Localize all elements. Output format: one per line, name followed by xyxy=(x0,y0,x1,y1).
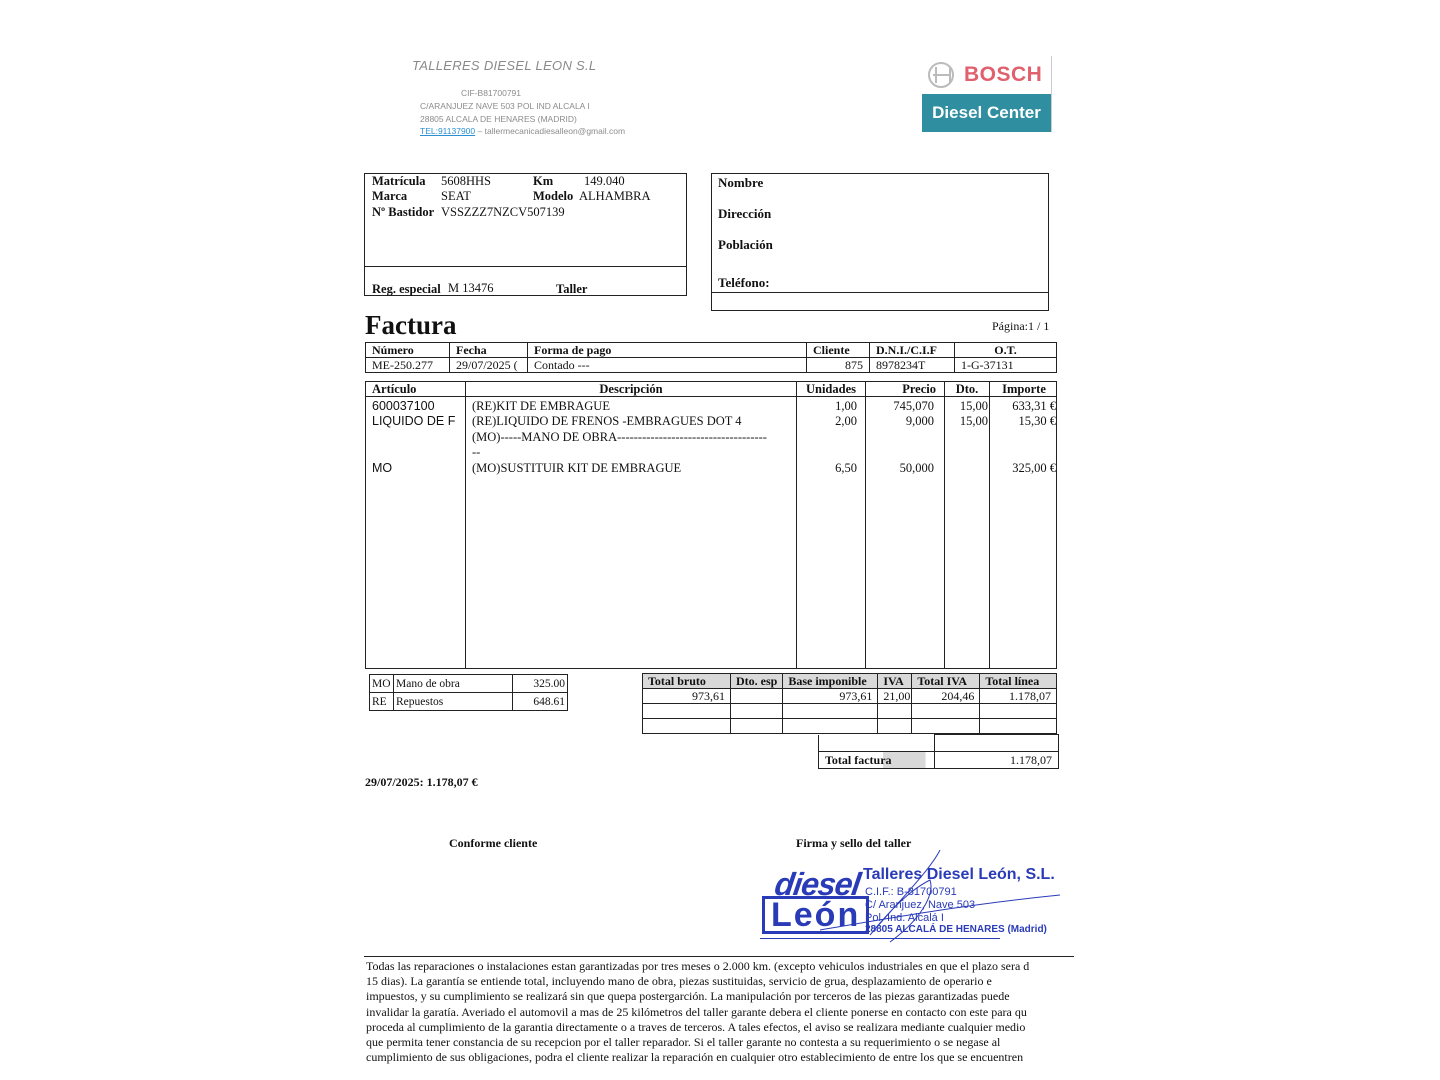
importe: 325,00 € xyxy=(1012,461,1056,476)
handwritten-signature-icon xyxy=(760,850,1080,945)
dto: 15,00 xyxy=(960,414,988,429)
descripcion: (MO)-----MANO DE OBRA-------------------… xyxy=(472,430,767,445)
table-row: 600037100 (RE)KIT DE EMBRAGUE 1,00 745,0… xyxy=(366,399,1056,414)
vehicle-info-box: Matrícula 5608HHS Km 149.040 Marca SEAT … xyxy=(364,173,687,296)
page-number: Página:1 / 1 xyxy=(992,319,1049,334)
legal-line: cumplimiento de sus obligaciones, podra … xyxy=(366,1050,1078,1065)
total-factura-value: 1.178,07 xyxy=(935,752,1059,769)
legal-line: invalidar la garatía. Averiado el automo… xyxy=(366,1005,1078,1020)
legal-divider xyxy=(364,956,1074,957)
base-imponible: 973,61 xyxy=(783,689,878,704)
precio: 9,000 xyxy=(906,414,934,429)
summary-amount: 648.61 xyxy=(513,693,568,711)
table-row: LIQUIDO DE F (RE)LIQUIDO DE FRENOS -EMBR… xyxy=(366,414,1056,429)
summary-amount: 325.00 xyxy=(513,675,568,693)
header-forma-pago: Forma de pago xyxy=(528,343,807,358)
reg-especial-value: M 13476 xyxy=(448,281,494,296)
summary-row: RE Repuestos 648.61 xyxy=(370,693,568,711)
marca-label: Marca xyxy=(372,189,407,204)
summary-label: Mano de obra xyxy=(394,675,513,693)
header-articulo: Artículo xyxy=(372,382,416,397)
invoice-fecha: 29/07/2025 ( xyxy=(450,358,528,373)
summary-label: Repuestos xyxy=(394,693,513,711)
total-factura-label: Total factura xyxy=(819,752,935,769)
header-precio: Precio xyxy=(866,382,936,397)
invoice-header-table: Número Fecha Forma de pago Cliente D.N.I… xyxy=(365,342,1057,373)
header-dni: D.N.I./C.I.F xyxy=(870,343,955,358)
legal-line: impuestos, y su cumplimiento se realizar… xyxy=(366,989,1078,1004)
header-base-imponible: Base imponible xyxy=(783,674,878,689)
modelo-value: ALHAMBRA xyxy=(579,189,651,204)
precio: 745,070 xyxy=(893,399,934,414)
header-fecha: Fecha xyxy=(450,343,528,358)
total-iva: 204,46 xyxy=(912,689,980,704)
invoice-dni: 8978234T xyxy=(870,358,955,373)
line-items-table: Artículo Descripción Unidades Precio Dto… xyxy=(365,381,1057,669)
unidades: 1,00 xyxy=(835,399,857,414)
company-phone-link[interactable]: TEL:91137900 xyxy=(420,126,475,136)
company-contact: TEL:91137900 – tallermecanicadiesalleon@… xyxy=(420,126,625,136)
header-importe: Importe xyxy=(990,382,1058,397)
workshop-stamp: diesel León Talleres Diesel León, S.L. C… xyxy=(760,850,1080,945)
header-iva: IVA xyxy=(878,674,912,689)
document-title: Factura xyxy=(365,310,456,341)
header-dto: Dto. xyxy=(945,382,989,397)
total-linea: 1.178,07 xyxy=(980,689,1057,704)
invoice-forma-pago: Contado --- xyxy=(528,358,807,373)
legal-line: Todas las reparaciones o instalaciones e… xyxy=(366,959,1078,974)
descripcion: (RE)LIQUIDO DE FRENOS -EMBRAGUES DOT 4 xyxy=(472,414,742,429)
vehicle-box-divider xyxy=(365,266,686,267)
invoice-numero: ME-250.277 xyxy=(366,358,450,373)
client-signature-label: Conforme cliente xyxy=(449,836,537,851)
iva-rate: 21,00 xyxy=(878,689,912,704)
km-value: 149.040 xyxy=(584,174,625,189)
total-bruto: 973,61 xyxy=(643,689,731,704)
marca-value: SEAT xyxy=(441,189,471,204)
summary-code: MO xyxy=(370,675,394,693)
company-cif: CIF-B81700791 xyxy=(461,88,521,98)
total-factura-table: Total factura 1.178,07 xyxy=(818,734,1059,769)
header-unidades: Unidades xyxy=(797,382,865,397)
modelo-label: Modelo xyxy=(533,189,573,204)
summary-code: RE xyxy=(370,693,394,711)
company-email: – tallermecanicadiesalleon@gmail.com xyxy=(478,126,626,136)
invoice-ot: 1-G-37131 xyxy=(955,358,1057,373)
bosch-wordmark: BOSCH xyxy=(964,63,1042,87)
bosch-armature-icon xyxy=(928,62,954,88)
bastidor-label: Nº Bastidor xyxy=(372,205,434,220)
totals-row: 973,61 973,61 21,00 204,46 1.178,07 xyxy=(643,689,1057,704)
importe: 15,30 € xyxy=(1019,414,1057,429)
summary-row: MO Mano de obra 325.00 xyxy=(370,675,568,693)
unidades: 2,00 xyxy=(835,414,857,429)
articulo: LIQUIDO DE F xyxy=(372,414,455,428)
unidades: 6,50 xyxy=(835,461,857,476)
taller-label: Taller xyxy=(556,282,587,297)
table-row: (MO)-----MANO DE OBRA-------------------… xyxy=(366,430,1056,445)
poblacion-label: Población xyxy=(718,237,773,253)
dto-esp xyxy=(731,689,783,704)
descripcion: (MO)SUSTITUIR KIT DE EMBRAGUE xyxy=(472,461,681,476)
articulo: 600037100 xyxy=(372,399,435,413)
legal-line: que permita tener constancia de su recep… xyxy=(366,1035,1078,1050)
nombre-label: Nombre xyxy=(718,175,763,191)
articulo: MO xyxy=(372,461,392,475)
table-row: MO (MO)SUSTITUIR KIT DE EMBRAGUE 6,50 50… xyxy=(366,461,1056,476)
legal-line: 15 dias). La garantía se entiende total,… xyxy=(366,974,1078,989)
header-total-linea: Total línea xyxy=(980,674,1057,689)
descripcion: -- xyxy=(472,445,480,460)
telefono-label: Teléfono: xyxy=(718,275,770,291)
descripcion: (RE)KIT DE EMBRAGUE xyxy=(472,399,610,414)
invoice-cliente: 875 xyxy=(807,358,870,373)
payment-summary-line: 29/07/2025: 1.178,07 € xyxy=(365,775,478,790)
bosch-diesel-center-logo: BOSCH Diesel Center xyxy=(922,56,1052,132)
totals-table: Total bruto Dto. esp Base imponible IVA … xyxy=(642,673,1057,734)
importe: 633,31 € xyxy=(1012,399,1056,414)
km-label: Km xyxy=(533,174,553,189)
reg-especial-label: Reg. especial xyxy=(372,282,441,297)
company-address-line2: 28805 ALCALA DE HENARES (MADRID) xyxy=(420,114,577,124)
precio: 50,000 xyxy=(900,461,934,476)
header-dto-esp: Dto. esp xyxy=(731,674,783,689)
dto: 15,00 xyxy=(960,399,988,414)
totals-empty-row xyxy=(643,719,1057,734)
matricula-label: Matrícula xyxy=(372,174,425,189)
matricula-value: 5608HHS xyxy=(441,174,491,189)
header-descripcion: Descripción xyxy=(466,382,796,397)
client-info-box: Nombre Dirección Población Teléfono: xyxy=(711,173,1049,311)
totals-empty-row xyxy=(643,704,1057,719)
header-numero: Número xyxy=(366,343,450,358)
legal-line: proceda al cumplimiento de la garantia d… xyxy=(366,1020,1078,1035)
summary-table: MO Mano de obra 325.00 RE Repuestos 648.… xyxy=(369,674,568,711)
direccion-label: Dirección xyxy=(718,206,771,222)
client-box-divider xyxy=(712,292,1048,293)
bastidor-value: VSSZZZ7NZCV507139 xyxy=(441,205,565,220)
header-total-bruto: Total bruto xyxy=(643,674,731,689)
company-name: TALLERES DIESEL LEON S.L xyxy=(412,58,596,73)
table-row: -- xyxy=(366,445,1056,460)
workshop-signature-label: Firma y sello del taller xyxy=(796,836,911,851)
header-cliente: Cliente xyxy=(807,343,870,358)
warranty-legal-text: Todas las reparaciones o instalaciones e… xyxy=(366,959,1078,1080)
header-total-iva: Total IVA xyxy=(912,674,980,689)
header-ot: O.T. xyxy=(955,343,1057,358)
company-address-line1: C/ARANJUEZ NAVE 503 POL IND ALCALA I xyxy=(420,101,590,111)
diesel-center-banner: Diesel Center xyxy=(922,94,1051,132)
